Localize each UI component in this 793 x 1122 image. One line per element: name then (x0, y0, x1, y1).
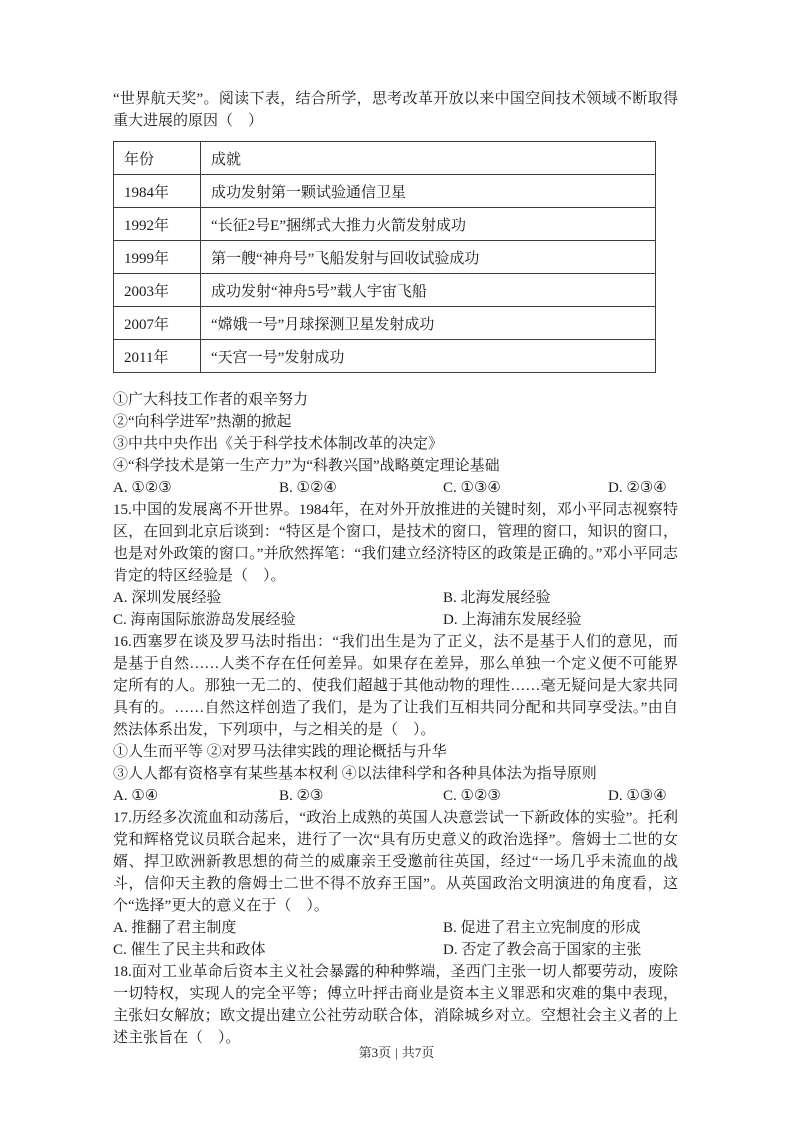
q14-option-b: B. ①②④ (279, 477, 443, 499)
table-cell-achievement: 成功发射“神舟5号”载人宇宙飞船 (201, 274, 656, 307)
exam-document-page: { "q14": { "intro": "“世界航天奖”。阅读下表，结合所学，思… (0, 0, 793, 1122)
q15-option-d: D. 上海浦东发展经验 (443, 609, 678, 631)
table-header-year: 年份 (114, 142, 201, 175)
q15-stem: 15.中国的发展离不开世界。1984年，在对外开放推进的关键时刻，邓小平同志视察… (113, 499, 678, 587)
table-row: 1992年 “长征2号E”捆绑式大推力火箭发射成功 (114, 208, 656, 241)
table-cell-year: 1999年 (114, 241, 201, 274)
table-cell-year: 1984年 (114, 175, 201, 208)
page-footer: 第3页|共7页 (0, 1044, 793, 1062)
q14-option-c: C. ①③④ (443, 477, 608, 499)
q15-option-c: C. 海南国际旅游岛发展经验 (113, 609, 443, 631)
table-row: 2011年 “天宫一号”发射成功 (114, 340, 656, 373)
table-cell-achievement: 第一艘“神舟号”飞船发射与回收试验成功 (201, 241, 656, 274)
q14-intro: “世界航天奖”。阅读下表，结合所学，思考改革开放以来中国空间技术领域不断取得重大… (113, 88, 678, 132)
q14-item-3: ③中共中央作出《关于科学技术体制改革的决定》 (113, 433, 678, 455)
table-cell-year: 2007年 (114, 307, 201, 340)
q14-item-2: ②“向科学进军”热潮的掀起 (113, 411, 678, 433)
q16-items-line-1: ①人生而平等 ②对罗马法律实践的理论概括与升华 (113, 741, 678, 763)
q17-options-row-2: C. 催生了民主共和政体 D. 否定了教会高于国家的主张 (113, 939, 678, 961)
q15-options-row-1: A. 深圳发展经验 B. 北海发展经验 (113, 587, 678, 609)
table-cell-achievement: “长征2号E”捆绑式大推力火箭发射成功 (201, 208, 656, 241)
footer-page-number: 第3页 (359, 1045, 392, 1060)
q17-stem: 17.历经多次流血和动荡后，“政治上成熟的英国人决意尝试一下新政体的实验”。托利… (113, 807, 678, 917)
table-row: 2003年 成功发射“神舟5号”载人宇宙飞船 (114, 274, 656, 307)
footer-total-pages: 共7页 (402, 1045, 435, 1060)
q18-stem: 18.面对工业革命后资本主义社会暴露的种种弊端，圣西门主张一切人都要劳动，废除一… (113, 961, 678, 1049)
q14-item-1: ①广大科技工作者的艰辛努力 (113, 389, 678, 411)
table-cell-achievement: “天宫一号”发射成功 (201, 340, 656, 373)
table-cell-year: 2003年 (114, 274, 201, 307)
table-header-achievement: 成就 (201, 142, 656, 175)
q15-option-b: B. 北海发展经验 (443, 587, 678, 609)
q16-stem: 16.西塞罗在谈及罗马法时指出：“我们出生是为了正义，法不是基于人们的意见，而是… (113, 631, 678, 741)
table-row: 1999年 第一艘“神舟号”飞船发射与回收试验成功 (114, 241, 656, 274)
q15-options-row-2: C. 海南国际旅游岛发展经验 D. 上海浦东发展经验 (113, 609, 678, 631)
q15-option-a: A. 深圳发展经验 (113, 587, 443, 609)
table-row: 2007年 “嫦娥一号”月球探测卫星发射成功 (114, 307, 656, 340)
q17-options-row-1: A. 推翻了君主制度 B. 促进了君主立宪制度的形成 (113, 917, 678, 939)
table-cell-year: 1992年 (114, 208, 201, 241)
table-row: 1984年 成功发射第一颗试验通信卫星 (114, 175, 656, 208)
q16-options-row: A. ①④ B. ②③ C. ①②③ D. ①③④ (113, 785, 678, 807)
q16-option-c: C. ①②③ (443, 785, 608, 807)
footer-separator: | (395, 1045, 398, 1060)
q16-option-a: A. ①④ (113, 785, 279, 807)
q14-option-a: A. ①②③ (113, 477, 279, 499)
q17-option-b: B. 促进了君主立宪制度的形成 (443, 917, 678, 939)
q14-options-row: A. ①②③ B. ①②④ C. ①③④ D. ②③④ (113, 477, 678, 499)
table-cell-achievement: “嫦娥一号”月球探测卫星发射成功 (201, 307, 656, 340)
q14-item-4: ④“科学技术是第一生产力”为“科教兴国”战略奠定理论基础 (113, 455, 678, 477)
table-header-row: 年份 成就 (114, 142, 656, 175)
q17-option-c: C. 催生了民主共和政体 (113, 939, 443, 961)
q16-option-b: B. ②③ (279, 785, 443, 807)
q16-option-d: D. ①③④ (608, 785, 678, 807)
q16-items-line-2: ③人人都有资格享有某些基本权利 ④以法律科学和各种具体法为指导原则 (113, 763, 678, 785)
table-cell-achievement: 成功发射第一颗试验通信卫星 (201, 175, 656, 208)
exam-content: “世界航天奖”。阅读下表，结合所学，思考改革开放以来中国空间技术领域不断取得重大… (113, 88, 678, 1049)
q14-option-d: D. ②③④ (608, 477, 678, 499)
q17-option-d: D. 否定了教会高于国家的主张 (443, 939, 678, 961)
q17-option-a: A. 推翻了君主制度 (113, 917, 443, 939)
table-cell-year: 2011年 (114, 340, 201, 373)
q14-achievements-table: 年份 成就 1984年 成功发射第一颗试验通信卫星 1992年 “长征2号E”捆… (113, 141, 656, 373)
